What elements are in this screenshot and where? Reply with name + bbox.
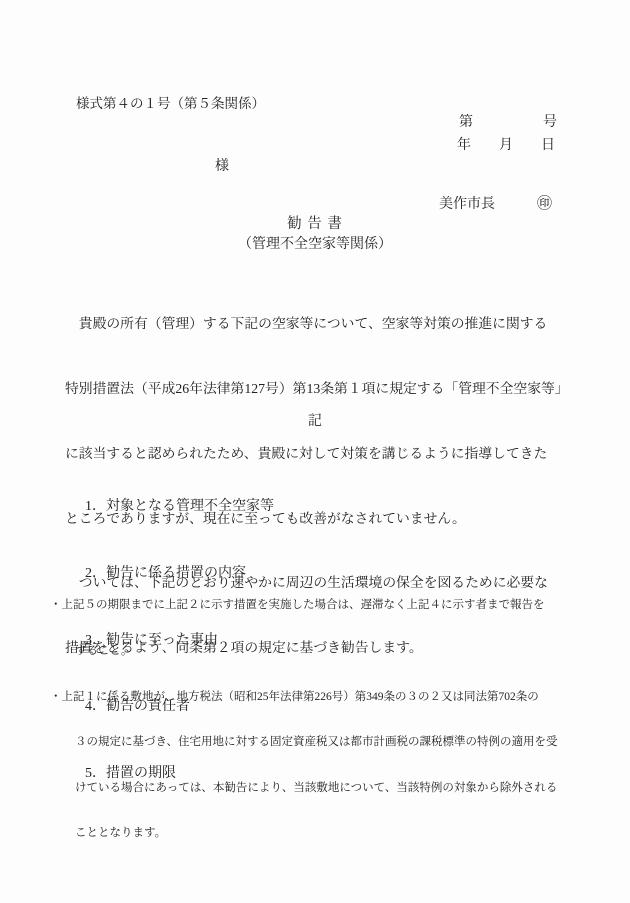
issue-date-line: 年 月 日	[457, 134, 555, 154]
addressee-honorific: 様	[215, 155, 229, 175]
issue-number-line: 第 号	[459, 111, 557, 131]
document-page: 様式第４の１号（第５条関係） 第 号 年 月 日 様 美作市長㊞ 勧 告 書 （…	[0, 0, 630, 903]
document-title: 勧 告 書	[0, 212, 630, 233]
note-line: すること。	[50, 644, 590, 659]
note-line: ・上記５の期限までに上記２に示す措置を実施した場合は、遅滞なく上記４に示す者まで…	[50, 598, 590, 613]
list-item: 1．対象となる管理不全空家等	[85, 496, 274, 518]
document-subtitle: （管理不全空家等関係）	[0, 233, 630, 253]
footnotes: ・上記５の期限までに上記２に示す措置を実施した場合は、遅滞なく上記４に示す者まで…	[50, 568, 590, 872]
note-line: ・上記１に係る敷地が、地方税法（昭和25年法律第226号）第349条の３の２又は…	[50, 690, 590, 705]
body-line: 特別措置法（平成26年法律第127号）第13条第１項に規定する「管理不全空家等」	[65, 378, 595, 400]
body-line: 貴殿の所有（管理）する下記の空家等について、空家等対策の推進に関する	[65, 313, 595, 335]
form-number: 様式第４の１号（第５条関係）	[76, 92, 265, 112]
sender-name: 美作市長	[439, 197, 495, 212]
note-line: けている場合にあっては、本勧告により、当該敷地について、当該特例の対象から除外さ…	[50, 781, 590, 796]
seal-icon: ㊞	[537, 196, 552, 212]
ki-marker: 記	[0, 410, 630, 430]
note-line: こととなります。	[50, 826, 590, 841]
note-line: ３の規定に基づき、住宅用地に対する固定資産税又は都市計画税の課税標準の特例の適用…	[50, 735, 590, 750]
